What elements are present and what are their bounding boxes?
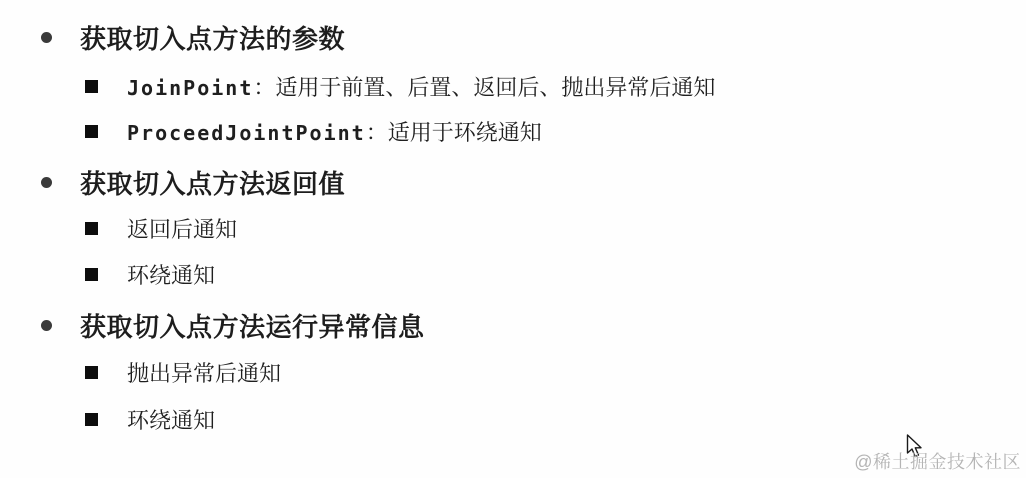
- list-item-level1: 获取切入点方法的参数: [0, 22, 345, 52]
- list-item-label: 获取切入点方法返回值: [80, 164, 345, 201]
- bullet-dot-icon: [41, 177, 52, 188]
- slide: 获取切入点方法的参数 JoinPoint：适用于前置、后置、返回后、抛出异常后通…: [0, 0, 1026, 478]
- bullet-square-icon: [85, 80, 98, 93]
- list-item-text: ProceedJointPoint：适用于环绕通知: [127, 116, 542, 147]
- list-item-level2: 抛出异常后通知: [0, 357, 281, 387]
- bullet-square-icon: [85, 413, 98, 426]
- list-item-level2: 环绕通知: [0, 404, 215, 434]
- item-description: 环绕通知: [127, 408, 215, 433]
- list-item-text: JoinPoint：适用于前置、后置、返回后、抛出异常后通知: [127, 71, 715, 102]
- bullet-square-icon: [85, 125, 98, 138]
- watermark: @稀土掘金技术社区: [854, 448, 1021, 474]
- item-description: ：适用于环绕通知: [366, 120, 542, 145]
- item-description: ：适用于前置、后置、返回后、抛出异常后通知: [253, 75, 715, 100]
- list-item-label: 获取切入点方法的参数: [80, 19, 345, 56]
- list-item-level2: 返回后通知: [0, 213, 237, 243]
- list-item-text: 环绕通知: [127, 404, 215, 435]
- list-item-level2: JoinPoint：适用于前置、后置、返回后、抛出异常后通知: [0, 71, 715, 101]
- bullet-dot-icon: [41, 32, 52, 43]
- list-item-label: 获取切入点方法运行异常信息: [80, 307, 425, 344]
- list-item-text: 抛出异常后通知: [127, 357, 281, 388]
- list-item-text: 环绕通知: [127, 259, 215, 290]
- item-description: 抛出异常后通知: [127, 361, 281, 386]
- list-item-level2: 环绕通知: [0, 259, 215, 289]
- code-term: JoinPoint: [127, 76, 253, 100]
- item-description: 环绕通知: [127, 263, 215, 288]
- bullet-square-icon: [85, 268, 98, 281]
- bullet-square-icon: [85, 366, 98, 379]
- list-item-level1: 获取切入点方法返回值: [0, 167, 345, 197]
- code-term: ProceedJointPoint: [127, 121, 366, 145]
- bullet-square-icon: [85, 222, 98, 235]
- item-description: 返回后通知: [127, 217, 237, 242]
- list-item-text: 返回后通知: [127, 213, 237, 244]
- list-item-level2: ProceedJointPoint：适用于环绕通知: [0, 116, 542, 146]
- bullet-dot-icon: [41, 320, 52, 331]
- list-item-level1: 获取切入点方法运行异常信息: [0, 310, 425, 340]
